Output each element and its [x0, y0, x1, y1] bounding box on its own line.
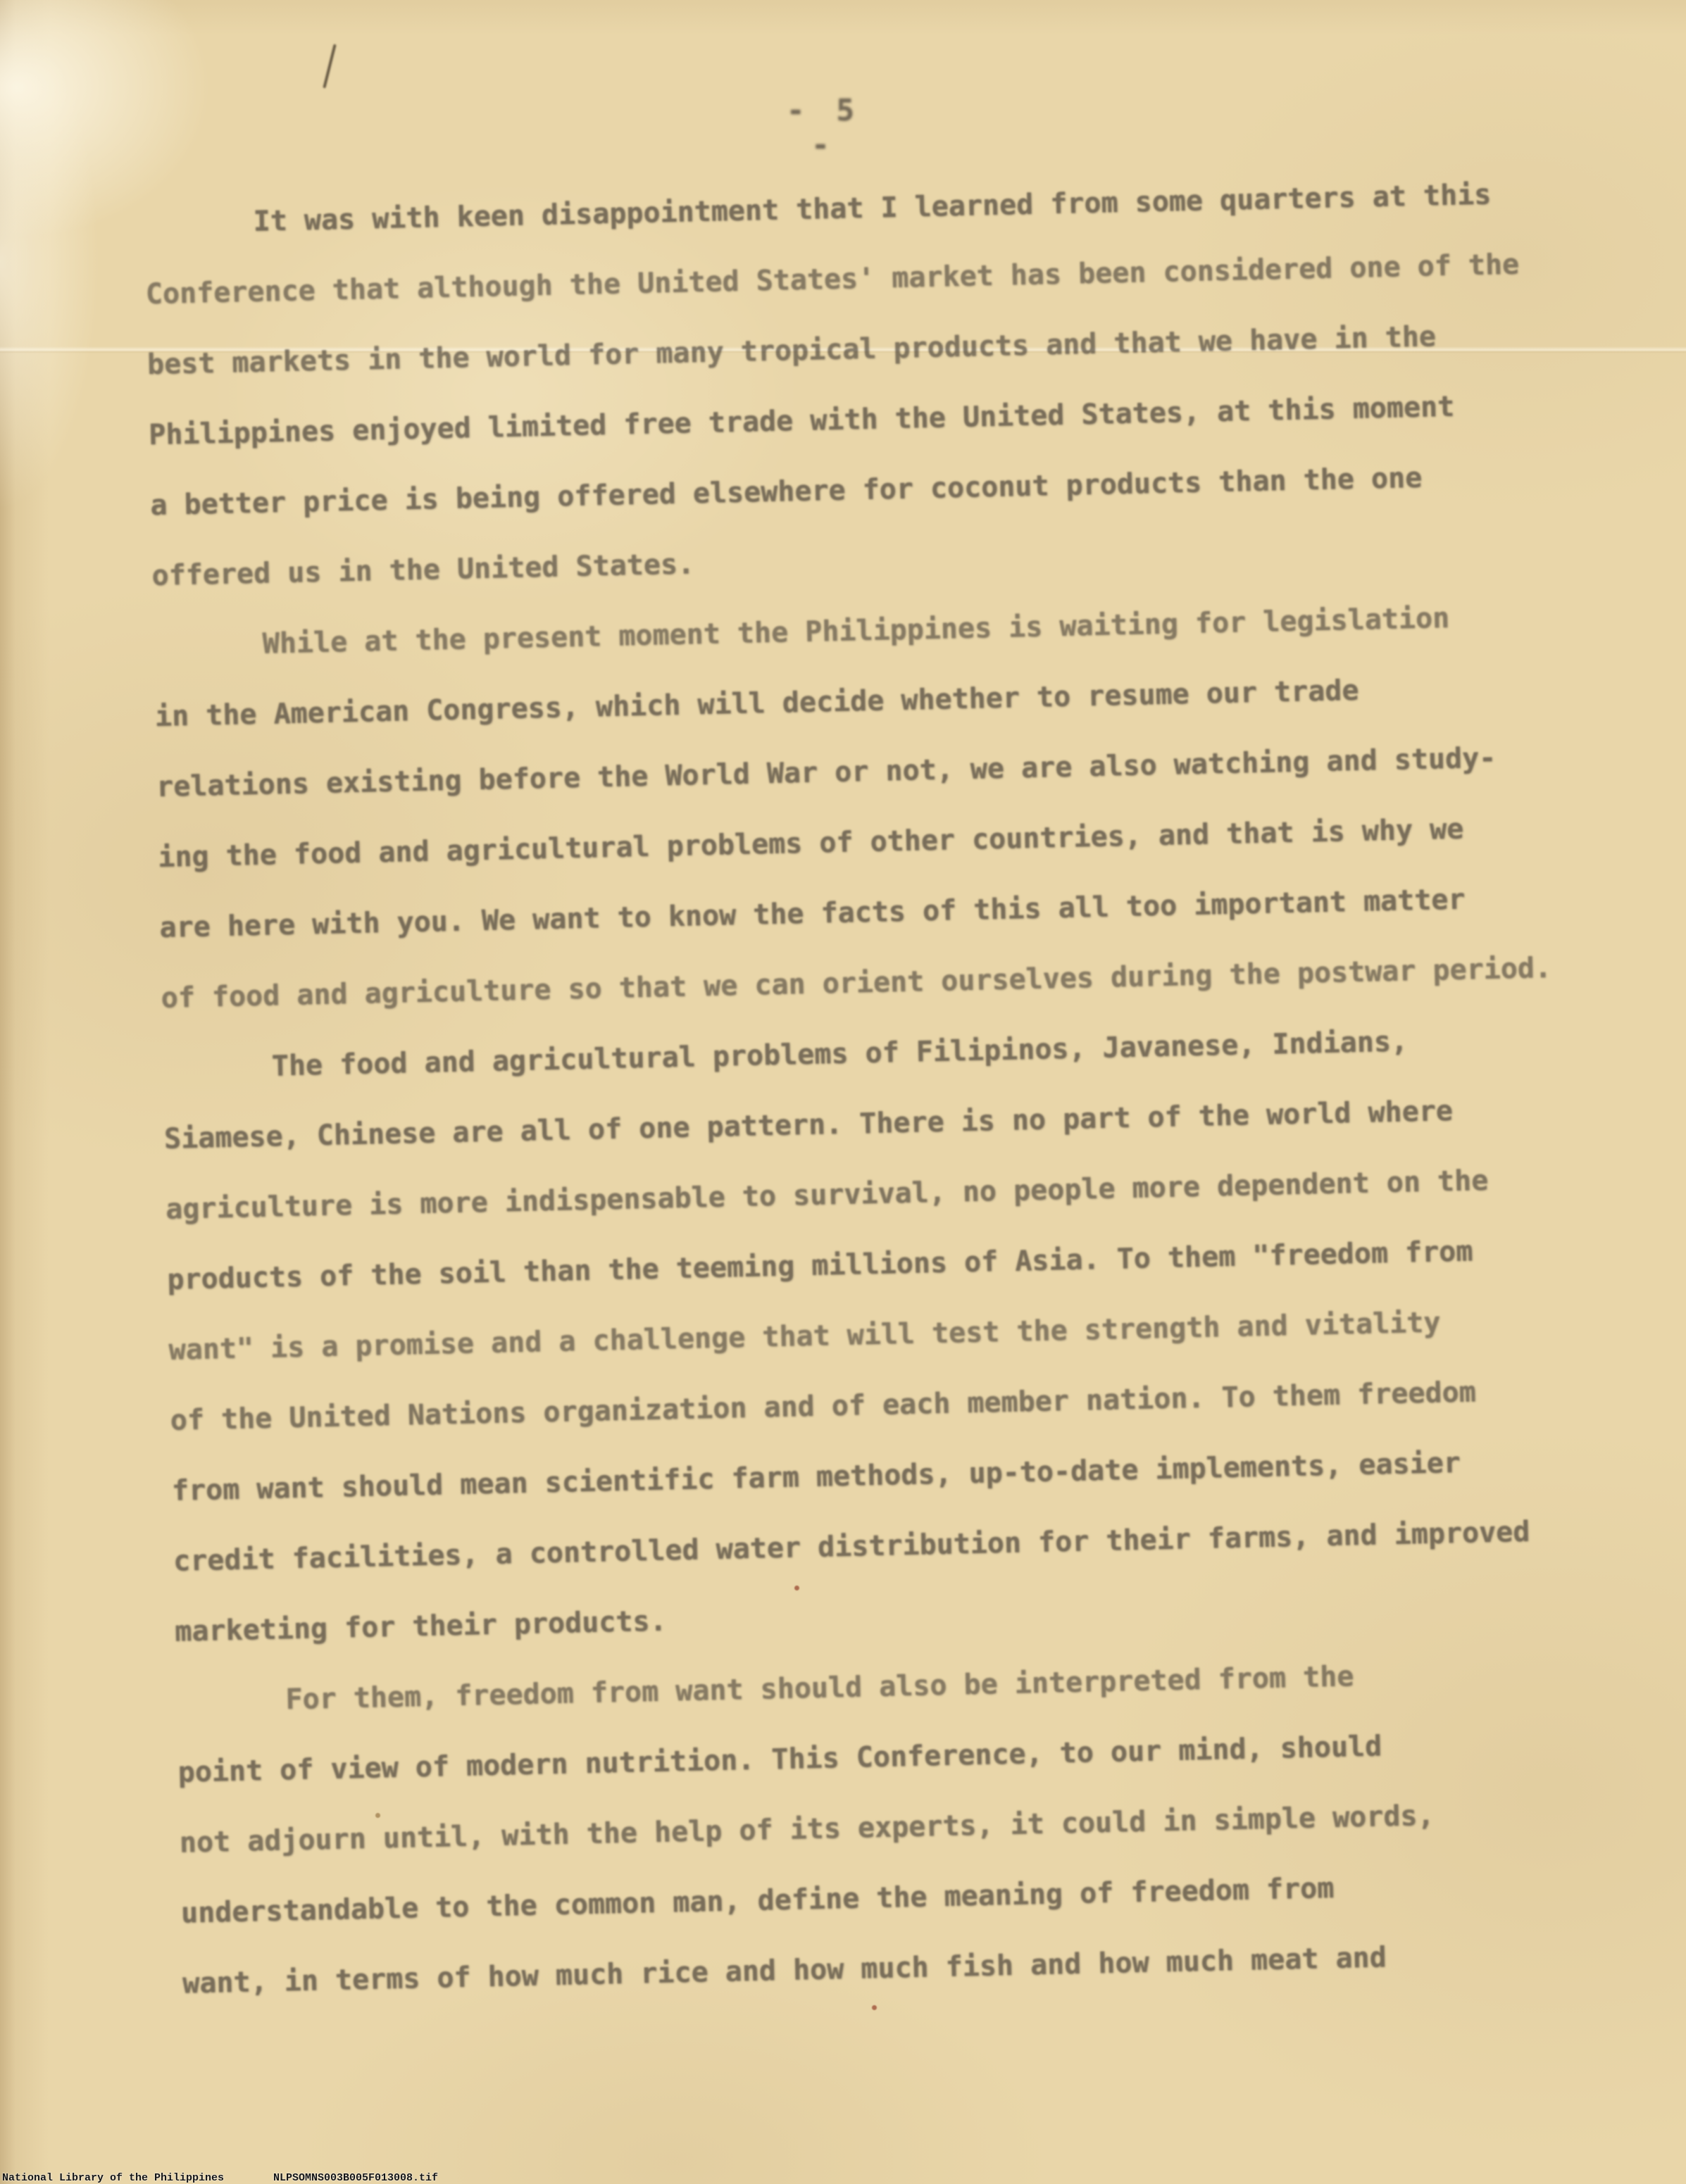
typewritten-text: It was with keen disappointment that I l…	[144, 158, 1613, 2019]
paper-fiber-mark	[323, 44, 336, 88]
page-number: - 5 -	[764, 93, 884, 162]
paper-speck	[872, 2005, 877, 2010]
footer-library-label: National Library of the Philippines	[2, 2172, 224, 2184]
footer-filename-label: NLPSOMNS003B005F013008.tif	[273, 2172, 438, 2184]
scanned-document-page: - 5 - It was with keen disappointment th…	[0, 0, 1686, 2184]
